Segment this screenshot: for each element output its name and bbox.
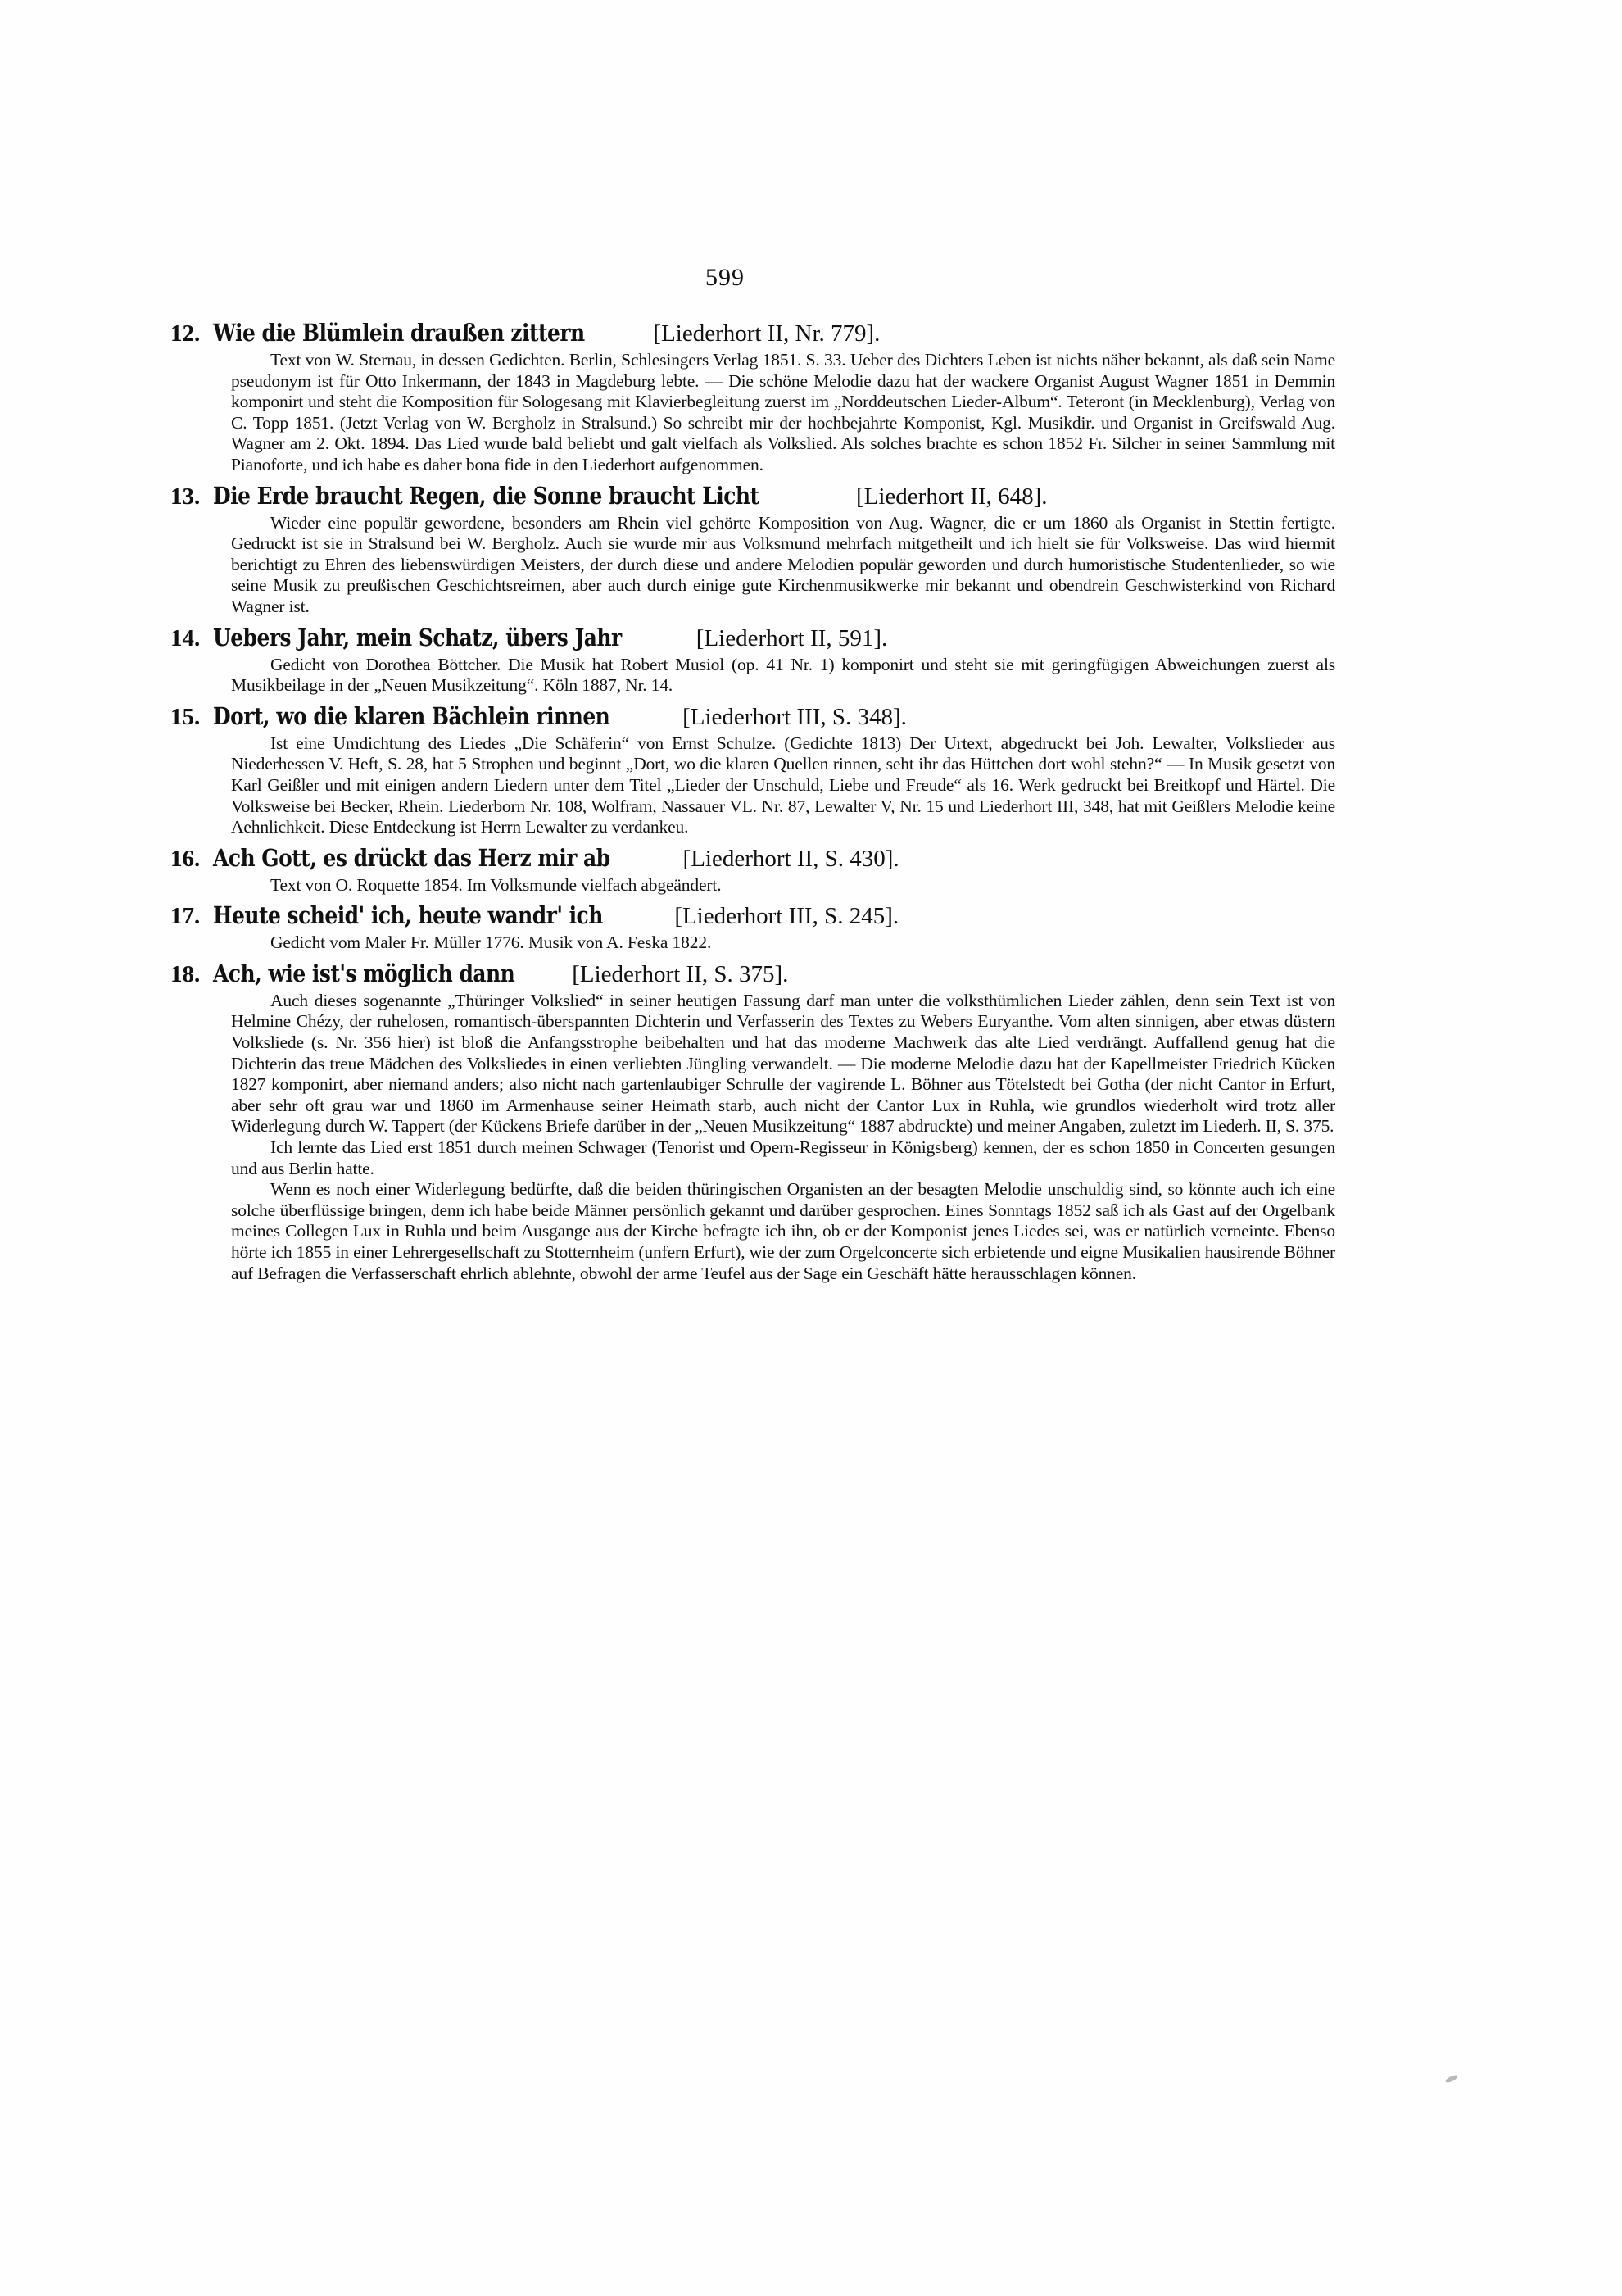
entry-heading: 15. Dort, wo die klaren Bächlein rinnen … xyxy=(170,701,1335,732)
entry-paragraph: Ist eine Umdichtung des Liedes „Die Schä… xyxy=(231,733,1335,838)
song-title: Heute scheid' ich, heute wandr' ich xyxy=(213,901,603,930)
song-entry-13: 13. Die Erde braucht Regen, die Sonne br… xyxy=(170,481,1335,618)
document-page: 599 12. Wie die Blümlein draußen zittern… xyxy=(0,0,1622,2296)
entry-number: 18. xyxy=(170,960,213,989)
song-entry-14: 14. Uebers Jahr, mein Schatz, übers Jahr… xyxy=(170,623,1335,697)
song-entry-17: 17. Heute scheid' ich, heute wandr' ich … xyxy=(170,901,1335,954)
entry-paragraph: Ich lernte das Lied erst 1851 durch mein… xyxy=(231,1137,1335,1179)
liederhort-reference: [Liederhort II, S. 375]. xyxy=(572,960,788,989)
page-number: 599 xyxy=(0,264,1450,292)
liederhort-reference: [Liederhort II, 648]. xyxy=(856,482,1048,511)
entry-paragraph: Wieder eine populär gewordene, besonders… xyxy=(231,513,1335,618)
entry-paragraph: Gedicht von Dorothea Böttcher. Die Musik… xyxy=(231,655,1335,697)
entry-paragraph: Wenn es noch einer Widerlegung bedürfte,… xyxy=(231,1179,1335,1284)
entry-paragraph: Gedicht vom Maler Fr. Müller 1776. Musik… xyxy=(231,932,1335,954)
song-entry-16: 16. Ach Gott, es drückt das Herz mir ab … xyxy=(170,843,1335,896)
song-entry-15: 15. Dort, wo die klaren Bächlein rinnen … xyxy=(170,701,1335,838)
entry-number: 17. xyxy=(170,901,213,931)
song-entry-18: 18. Ach, wie ist's möglich dann [Liederh… xyxy=(170,959,1335,1284)
song-title: Wie die Blümlein draußen zittern xyxy=(213,318,585,347)
liederhort-reference: [Liederhort II, S. 430]. xyxy=(683,844,899,873)
entry-paragraph: Text von O. Roquette 1854. Im Volksmunde… xyxy=(231,875,1335,896)
entry-number: 13. xyxy=(170,482,213,511)
entry-heading: 17. Heute scheid' ich, heute wandr' ich … xyxy=(170,901,1335,931)
liederhort-reference: [Liederhort III, S. 348]. xyxy=(682,702,907,732)
song-title: Ach, wie ist's möglich dann xyxy=(213,959,514,988)
entry-number: 14. xyxy=(170,624,213,653)
song-entry-12: 12. Wie die Blümlein draußen zittern [Li… xyxy=(170,318,1335,476)
entry-number: 16. xyxy=(170,844,213,873)
entry-heading: 13. Die Erde braucht Regen, die Sonne br… xyxy=(170,481,1335,511)
entry-heading: 16. Ach Gott, es drückt das Herz mir ab … xyxy=(170,843,1335,873)
entry-heading: 14. Uebers Jahr, mein Schatz, übers Jahr… xyxy=(170,623,1335,653)
song-title: Ach Gott, es drückt das Herz mir ab xyxy=(213,843,610,873)
entry-heading: 18. Ach, wie ist's möglich dann [Liederh… xyxy=(170,959,1335,989)
entry-heading: 12. Wie die Blümlein draußen zittern [Li… xyxy=(170,318,1335,348)
liederhort-reference: [Liederhort II, Nr. 779]. xyxy=(653,319,880,348)
page-content: 12. Wie die Blümlein draußen zittern [Li… xyxy=(170,318,1335,1284)
song-title: Die Erde braucht Regen, die Sonne brauch… xyxy=(213,481,759,510)
liederhort-reference: [Liederhort II, 591]. xyxy=(696,624,888,653)
entry-paragraph: Text von W. Sternau, in dessen Gedichten… xyxy=(231,350,1335,476)
entry-paragraph: Auch dieses sogenannte „Thüringer Volksl… xyxy=(231,991,1335,1137)
entry-number: 12. xyxy=(170,319,213,348)
song-title: Dort, wo die klaren Bächlein rinnen xyxy=(213,701,609,731)
scan-smudge-mark xyxy=(1444,2074,1458,2084)
liederhort-reference: [Liederhort III, S. 245]. xyxy=(674,901,899,931)
entry-number: 15. xyxy=(170,702,213,732)
song-title: Uebers Jahr, mein Schatz, übers Jahr xyxy=(213,623,622,652)
